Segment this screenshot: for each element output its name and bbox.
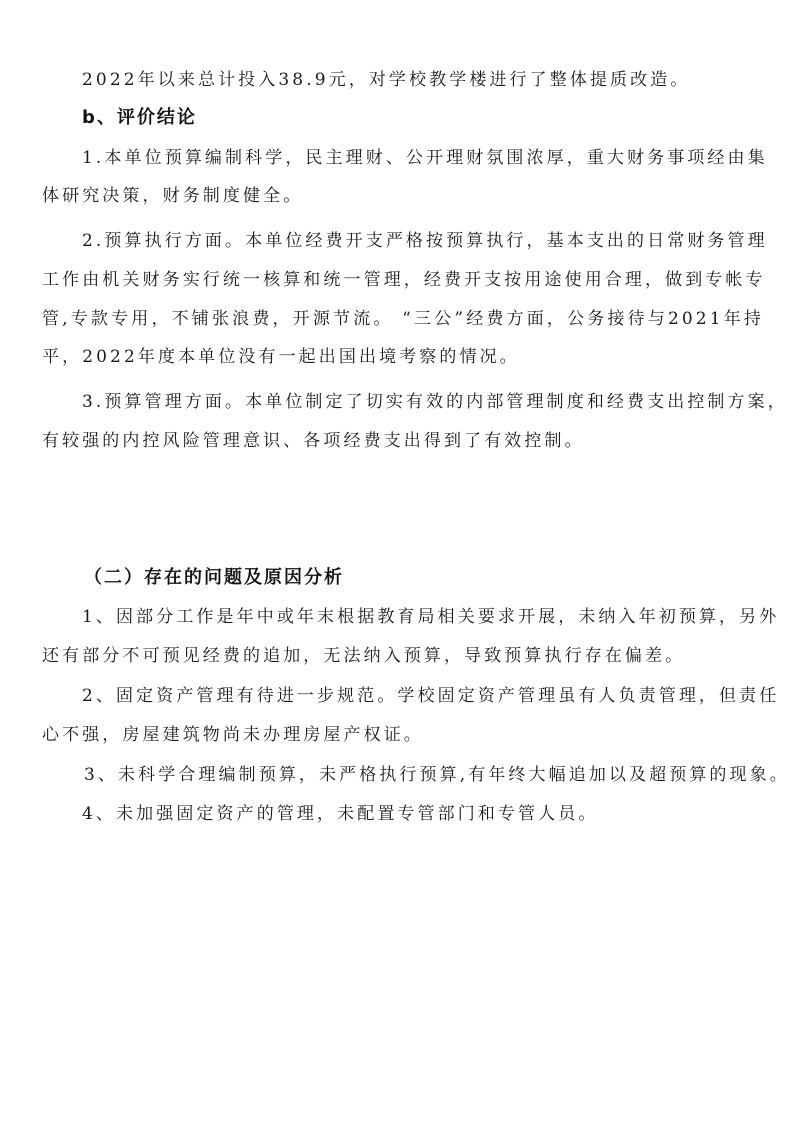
evaluation-item-1-line-2: 体研究决策，财务制度健全。 (42, 185, 303, 207)
evaluation-item-2-line-1: 2.预算执行方面。本单位经费开支严格按预算执行，基本支出的日常财务管理 (82, 230, 764, 252)
section-b-heading: b、评价结论 (82, 107, 197, 129)
evaluation-item-3-line-2: 有较强的内控风险管理意识、各项经费支出得到了有效控制。 (42, 430, 585, 452)
intro-paragraph: 2022年以来总计投入38.9元，对学校教学楼进行了整体提质改造。 (82, 69, 690, 91)
evaluation-item-1-line-1: 1.本单位预算编制科学，民主理财、公开理财氛围浓厚，重大财务事项经由集 (82, 147, 764, 169)
evaluation-item-2-line-3: 管,专款专用，不铺张浪费，开源节流。 “三公”经费方面，公务接待与2021年持 (42, 308, 764, 330)
problem-item-4: 4、未加强固定资产的管理，未配置专管部门和专管人员。 (82, 803, 598, 825)
evaluation-item-2-line-4: 平，2022年度本单位没有一起出国出境考察的情况。 (42, 346, 520, 368)
problem-item-3: 3、未科学合理编制预算，未严格执行预算,有年终大幅追加以及超预算的现象。 (84, 764, 776, 786)
problem-item-1-line-1: 1、因部分工作是年中或年末根据教育局相关要求开展，未纳入年初预算，另外 (82, 606, 764, 628)
evaluation-item-3-line-1: 3.预算管理方面。本单位制定了切实有效的内部管理制度和经费支出控制方案， (82, 391, 764, 413)
section-2-heading: （二）存在的问题及原因分析 (84, 567, 344, 589)
problem-item-2-line-2: 心不强，房屋建筑物尚未办理房屋产权证。 (42, 724, 424, 746)
evaluation-item-2-line-2: 工作由机关财务实行统一核算和统一管理，经费开支按用途使用合理，做到专帐专 (42, 269, 764, 291)
document-page: 2022年以来总计投入38.9元，对学校教学楼进行了整体提质改造。 b、评价结论… (0, 0, 794, 1122)
problem-item-1-line-2: 还有部分不可预见经费的追加，无法纳入预算，导致预算执行存在偏差。 (42, 645, 685, 667)
problem-item-2-line-1: 2、固定资产管理有待进一步规范。学校固定资产管理虽有人负责管理，但责任 (82, 685, 764, 707)
